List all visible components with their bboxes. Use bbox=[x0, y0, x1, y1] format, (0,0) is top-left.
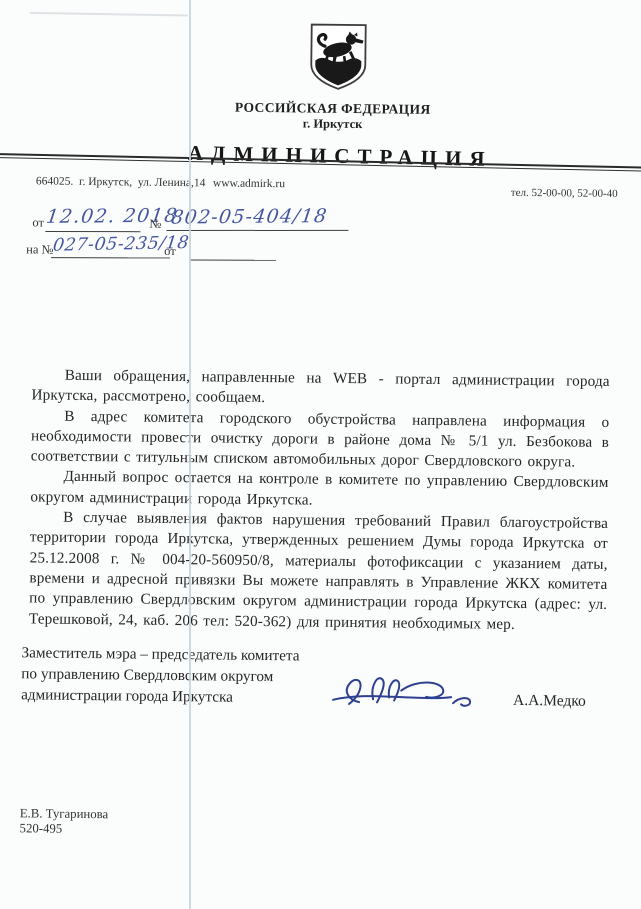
letterhead-postal-address: 664025. г. Иркутск, ул. Ленина,14 bbox=[36, 175, 206, 189]
executor-name: Е.В. Тугаринова bbox=[20, 806, 109, 822]
ref-number-label: № bbox=[149, 217, 161, 232]
ref-reply-number-underline bbox=[51, 257, 170, 258]
ref-from-label: от bbox=[32, 215, 44, 230]
ref-reply-label: на № bbox=[26, 242, 53, 257]
letter-body: Ваши обращения, направленные на WEB - по… bbox=[29, 365, 610, 635]
signer-name: А.А.Медко bbox=[513, 692, 586, 711]
executor-phone: 520-495 bbox=[20, 821, 109, 837]
irkutsk-coat-of-arms-icon bbox=[309, 23, 368, 92]
ref-date-underline bbox=[45, 231, 140, 232]
letterhead-phone: тел. 52-00-00, 52-00-40 bbox=[511, 187, 618, 200]
ref-number-handwritten: 802-05-404/18 bbox=[170, 205, 329, 228]
signer-position: Заместитель мэра – председатель комитета… bbox=[21, 642, 362, 709]
ref-reply-date-underline bbox=[190, 260, 276, 261]
signer-position-line: администрации города Иркутска bbox=[21, 684, 361, 709]
body-paragraph: Ваши обращения, направленные на WEB - по… bbox=[31, 365, 609, 412]
ref-number-underline bbox=[166, 230, 348, 231]
scanned-letter-page: РОССИЙСКАЯ ФЕДЕРАЦИЯ г. Иркутск АДМИНИСТ… bbox=[0, 0, 641, 909]
body-paragraph: Данный вопрос остается на контроле в ком… bbox=[30, 467, 608, 514]
ref-reply-number-handwritten: 027-05-235/18 bbox=[52, 233, 191, 256]
letterhead-city: г. Иркутск bbox=[221, 116, 445, 134]
paper-fold-line bbox=[189, 0, 191, 909]
body-paragraph: В адрес комитета городского обустройства… bbox=[31, 406, 610, 473]
executor-block: Е.В. Тугаринова 520-495 bbox=[20, 806, 109, 836]
handwritten-signature-icon bbox=[329, 662, 485, 714]
body-paragraph: В случае выявления фактов нарушения треб… bbox=[29, 507, 608, 635]
letterhead-website: www.admirk.ru bbox=[213, 177, 285, 190]
scan-artifact-line bbox=[30, 12, 188, 17]
scan-skew-wrapper: РОССИЙСКАЯ ФЕДЕРАЦИЯ г. Иркутск АДМИНИСТ… bbox=[0, 0, 641, 909]
